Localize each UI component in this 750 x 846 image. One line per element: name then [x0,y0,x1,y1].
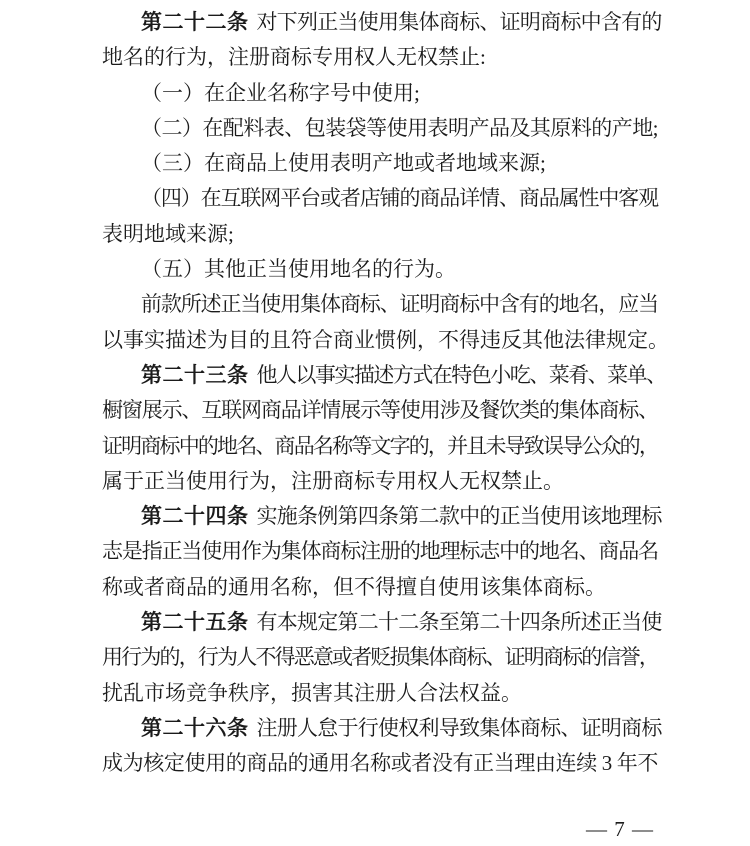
text-line: 第二十五条有本规定第二十二条至第二十四条所述正当使 [102,605,658,640]
text-line: 称或者商品的通用名称，但不得擅自使用该集体商标。 [102,570,658,605]
text-line: 前款所述正当使用集体商标、证明商标中含有的地名，应当 [102,287,658,322]
line-text: （五）其他正当使用地名的行为。 [141,257,456,281]
text-line: 第二十三条他人以事实描述方式在特色小吃、菜肴、菜单、 [102,358,658,393]
line-inner: 第二十三条他人以事实描述方式在特色小吃、菜肴、菜单、 [141,363,666,387]
line-inner: （三）在商品上使用表明产地或者地域来源; [141,151,546,175]
line-text: 属于正当使用行为，注册商标专用权人无权禁止。 [102,469,564,493]
text-line: 证明商标中的地名、商品名称等文字的，并且未导致误导公众的， [102,429,658,464]
line-text: 志是指正当使用作为集体商标注册的地理标志中的地名、商品名 [102,539,658,563]
line-inner: （五）其他正当使用地名的行为。 [141,257,456,281]
text-line: 以事实描述为目的且符合商业惯例，不得违反其他法律规定。 [102,323,658,358]
line-text: 实施条例第四条第二款中的正当使用该地理标 [256,504,661,528]
line-text: 表明地域来源; [102,222,234,246]
document-body: 第二十二条对下列正当使用集体商标、证明商标中含有的地名的行为，注册商标专用权人无… [102,5,658,782]
line-inner: （一）在企业名称字号中使用; [141,81,420,105]
line-text: 证明商标中的地名、商品名称等文字的，并且未导致误导公众的， [102,434,658,458]
line-text: （三）在商品上使用表明产地或者地域来源; [141,151,546,175]
text-line: 地名的行为，注册商标专用权人无权禁止: [102,40,658,75]
page-number: — 7 — [586,816,654,842]
text-line: 志是指正当使用作为集体商标注册的地理标志中的地名、商品名 [102,534,658,569]
article-number: 第二十四条 [141,505,249,528]
line-inner: 第二十六条注册人怠于行使权利导致集体商标、证明商标 [141,716,662,740]
article-number: 第二十六条 [141,717,249,740]
text-line: 表明地域来源; [102,217,658,252]
line-inner: 称或者商品的通用名称，但不得擅自使用该集体商标。 [102,575,606,599]
line-text: 前款所述正当使用集体商标、证明商标中含有的地名，应当 [141,292,658,316]
line-text: 扰乱市场竞争秩序，损害其注册人合法权益。 [102,681,522,705]
text-line: （四）在互联网平台或者店铺的商品详情、商品属性中客观 [102,181,658,216]
line-text: （二）在配料表、包装袋等使用表明产品及其原料的产地; [141,116,658,140]
text-line: 第二十四条实施条例第四条第二款中的正当使用该地理标 [102,499,658,534]
line-inner: 扰乱市场竞争秩序，损害其注册人合法权益。 [102,681,522,705]
text-line: 扰乱市场竞争秩序，损害其注册人合法权益。 [102,676,658,711]
line-inner: （二）在配料表、包装袋等使用表明产品及其原料的产地; [141,116,658,140]
line-text: 他人以事实描述方式在特色小吃、菜肴、菜单、 [256,363,665,387]
text-line: （二）在配料表、包装袋等使用表明产品及其原料的产地; [102,111,658,146]
line-text: （四）在互联网平台或者店铺的商品详情、商品属性中客观 [141,186,658,210]
line-inner: 表明地域来源; [102,222,234,246]
line-inner: 第二十五条有本规定第二十二条至第二十四条所述正当使 [141,610,662,634]
line-inner: （四）在互联网平台或者店铺的商品详情、商品属性中客观 [141,186,658,210]
line-inner: 成为核定使用的商品的通用名称或者没有正当理由连续 3 年不 [102,751,658,775]
text-line: 橱窗展示、互联网商品详情展示等使用涉及餐饮类的集体商标、 [102,393,658,428]
document-page: 第二十二条对下列正当使用集体商标、证明商标中含有的地名的行为，注册商标专用权人无… [0,0,750,846]
text-line: 第二十二条对下列正当使用集体商标、证明商标中含有的 [102,5,658,40]
text-line: 成为核定使用的商品的通用名称或者没有正当理由连续 3 年不 [102,746,658,781]
text-line: （五）其他正当使用地名的行为。 [102,252,658,287]
article-number: 第二十二条 [141,11,249,34]
line-text: 以事实描述为目的且符合商业惯例，不得违反其他法律规定。 [102,328,669,352]
line-inner: 用行为的，行为人不得恶意或者贬损集体商标、证明商标的信誉， [102,645,658,669]
text-line: （一）在企业名称字号中使用; [102,76,658,111]
line-text: 对下列正当使用集体商标、证明商标中含有的 [256,10,661,34]
line-inner: 属于正当使用行为，注册商标专用权人无权禁止。 [102,469,564,493]
text-line: 用行为的，行为人不得恶意或者贬损集体商标、证明商标的信誉， [102,640,658,675]
line-inner: 橱窗展示、互联网商品详情展示等使用涉及餐饮类的集体商标、 [102,398,658,422]
text-line: 属于正当使用行为，注册商标专用权人无权禁止。 [102,464,658,499]
article-number: 第二十三条 [141,364,249,387]
line-inner: 地名的行为，注册商标专用权人无权禁止: [102,45,486,69]
text-line: （三）在商品上使用表明产地或者地域来源; [102,146,658,181]
text-line: 第二十六条注册人怠于行使权利导致集体商标、证明商标 [102,711,658,746]
line-text: 用行为的，行为人不得恶意或者贬损集体商标、证明商标的信誉， [102,645,658,669]
line-inner: 以事实描述为目的且符合商业惯例，不得违反其他法律规定。 [102,328,669,352]
line-inner: 证明商标中的地名、商品名称等文字的，并且未导致误导公众的， [102,434,658,458]
line-text: 橱窗展示、互联网商品详情展示等使用涉及餐饮类的集体商标、 [102,398,658,422]
line-text: （一）在企业名称字号中使用; [141,81,420,105]
line-text: 有本规定第二十二条至第二十四条所述正当使 [256,610,661,634]
line-text: 称或者商品的通用名称，但不得擅自使用该集体商标。 [102,575,606,599]
line-inner: 第二十二条对下列正当使用集体商标、证明商标中含有的 [141,10,662,34]
line-inner: 志是指正当使用作为集体商标注册的地理标志中的地名、商品名 [102,539,658,563]
article-number: 第二十五条 [141,611,249,634]
line-text: 注册人怠于行使权利导致集体商标、证明商标 [256,716,661,740]
line-text: 成为核定使用的商品的通用名称或者没有正当理由连续 3 年不 [102,751,658,775]
line-text: 地名的行为，注册商标专用权人无权禁止: [102,45,486,69]
line-inner: 前款所述正当使用集体商标、证明商标中含有的地名，应当 [141,292,658,316]
line-inner: 第二十四条实施条例第四条第二款中的正当使用该地理标 [141,504,662,528]
